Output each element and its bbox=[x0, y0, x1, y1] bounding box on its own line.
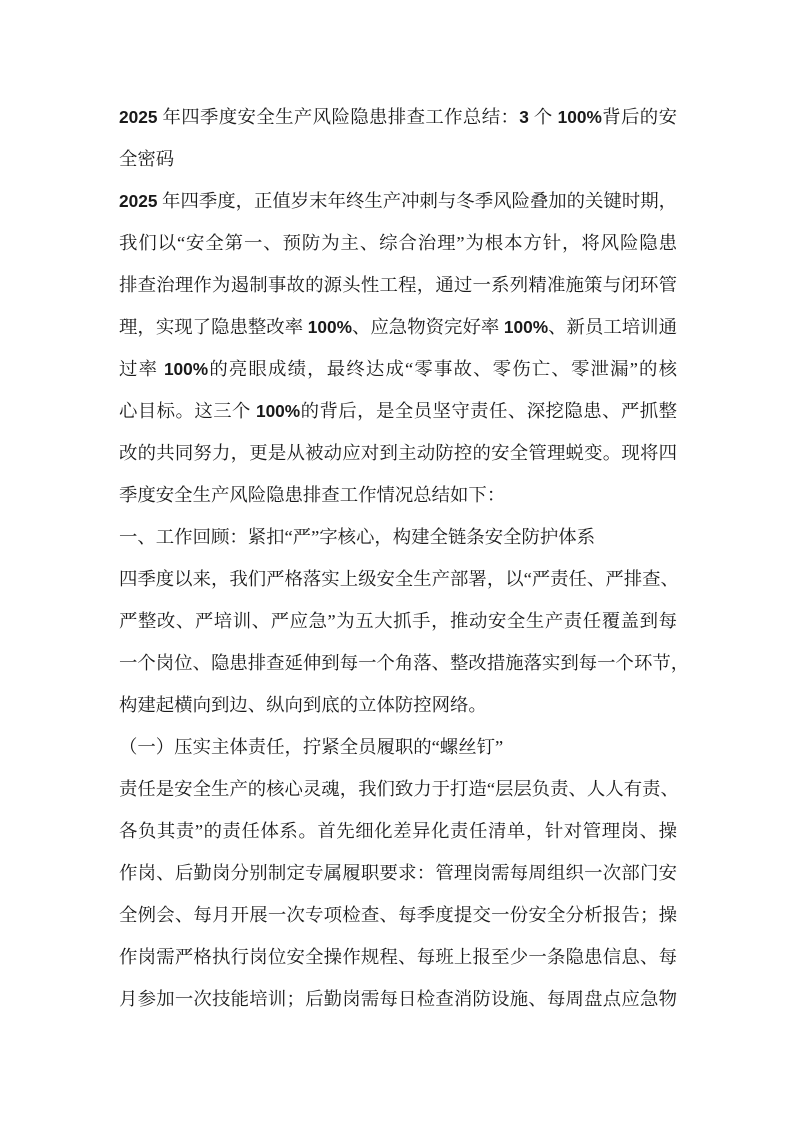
text-line: 严整改、严培训、严应急”为五大抓手，推动安全生产责任覆盖到每 bbox=[119, 600, 677, 642]
text-line: 我们以“安全第一、预防为主、综合治理”为根本方针，将风险隐患 bbox=[119, 222, 677, 264]
text-line: 作岗需严格执行岗位安全操作规程、每班上报至少一条隐患信息、每 bbox=[119, 936, 677, 978]
text-line: 各负其责”的责任体系。首先细化差异化责任清单，针对管理岗、操 bbox=[119, 810, 677, 852]
text-line: 2025 年四季度，正值岁末年终生产冲刺与冬季风险叠加的关键时期， bbox=[119, 180, 677, 222]
title-line: 全密码 bbox=[119, 138, 677, 180]
section-1-heading: 一、工作回顾：紧扣“严”字核心，构建全链条安全防护体系 bbox=[119, 516, 677, 558]
text-line: 作岗、后勤岗分别制定专属履职要求：管理岗需每周组织一次部门安 bbox=[119, 852, 677, 894]
document-body: 2025 年四季度安全生产风险隐患排查工作总结：3 个 100%背后的安 全密码… bbox=[119, 96, 677, 1020]
text-line: 一个岗位、隐患排查延伸到每一个角落、整改措施落实到每一个环节， bbox=[119, 642, 677, 684]
text-line: 排查治理作为遏制事故的源头性工程，通过一系列精准施策与闭环管 bbox=[119, 264, 677, 306]
text-line: 过率 100%的亮眼成绩，最终达成“零事故、零伤亡、零泄漏”的核 bbox=[119, 348, 677, 390]
text-line: 心目标。这三个 100%的背后，是全员坚守责任、深挖隐患、严抓整 bbox=[119, 390, 677, 432]
text-line: 四季度以来，我们严格落实上级安全生产部署，以“严责任、严排查、 bbox=[119, 558, 677, 600]
heading-line: 一、工作回顾：紧扣“严”字核心，构建全链条安全防护体系 bbox=[119, 516, 677, 558]
section-1-paragraph: 四季度以来，我们严格落实上级安全生产部署，以“严责任、严排查、 严整改、严培训、… bbox=[119, 558, 677, 726]
text-line: 理，实现了隐患整改率 100%、应急物资完好率 100%、新员工培训通 bbox=[119, 306, 677, 348]
doc-title: 2025 年四季度安全生产风险隐患排查工作总结：3 个 100%背后的安 全密码 bbox=[119, 96, 677, 180]
text-line: 构建起横向到边、纵向到底的立体防控网络。 bbox=[119, 684, 677, 726]
text-line: 全例会、每月开展一次专项检查、每季度提交一份安全分析报告；操 bbox=[119, 894, 677, 936]
text-line: 责任是安全生产的核心灵魂，我们致力于打造“层层负责、人人有责、 bbox=[119, 768, 677, 810]
subsection-1-paragraph: 责任是安全生产的核心灵魂，我们致力于打造“层层负责、人人有责、 各负其责”的责任… bbox=[119, 768, 677, 1020]
text-line: 月参加一次技能培训；后勤岗需每日检查消防设施、每周盘点应急物 bbox=[119, 978, 677, 1020]
text-line: 改的共同努力，更是从被动应对到主动防控的安全管理蜕变。现将四 bbox=[119, 432, 677, 474]
subheading-line: （一）压实主体责任，拧紧全员履职的“螺丝钉” bbox=[119, 726, 677, 768]
intro-paragraph: 2025 年四季度，正值岁末年终生产冲刺与冬季风险叠加的关键时期， 我们以“安全… bbox=[119, 180, 677, 516]
text-line: 季度安全生产风险隐患排查工作情况总结如下： bbox=[119, 474, 677, 516]
title-line: 2025 年四季度安全生产风险隐患排查工作总结：3 个 100%背后的安 bbox=[119, 96, 677, 138]
subsection-1-heading: （一）压实主体责任，拧紧全员履职的“螺丝钉” bbox=[119, 726, 677, 768]
